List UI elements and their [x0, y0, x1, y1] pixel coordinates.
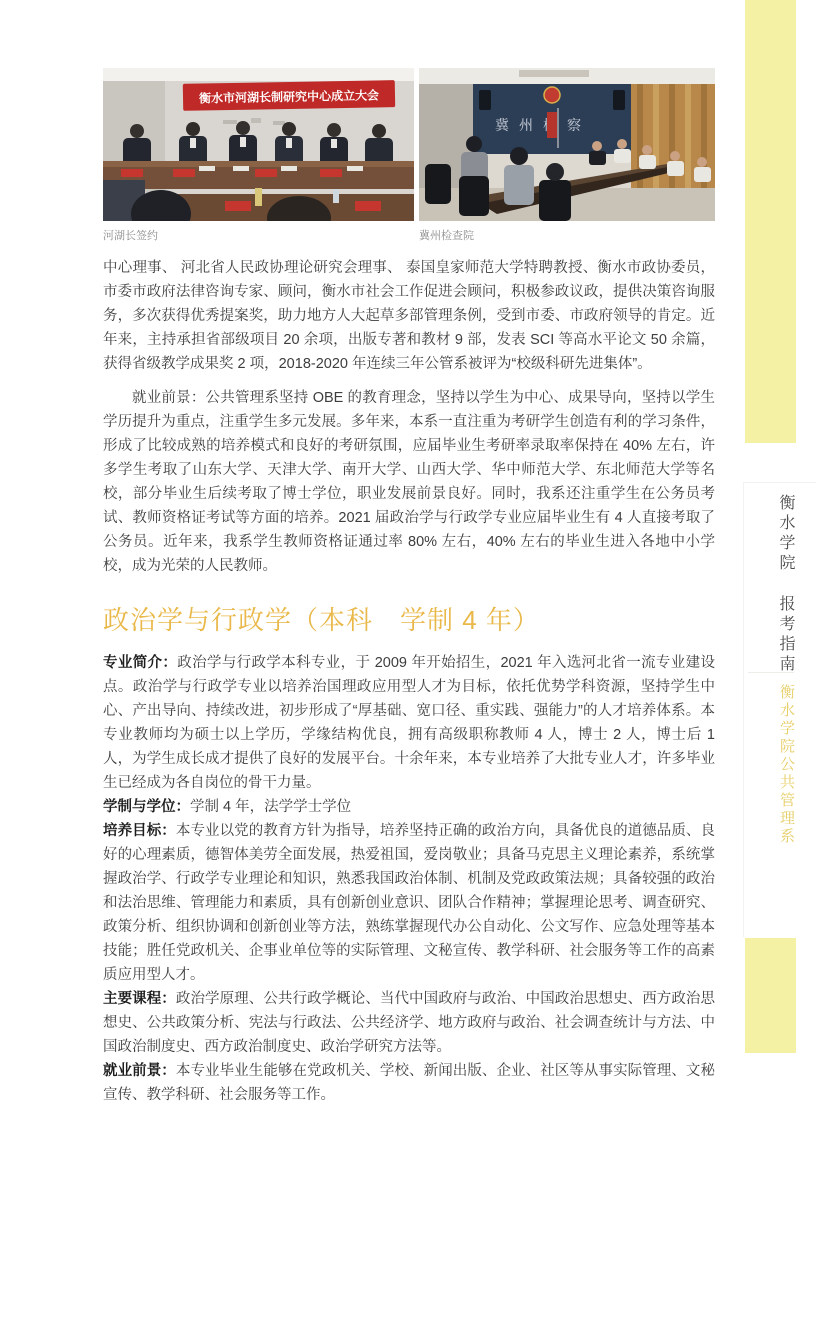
section-intro-label: 专业简介： — [103, 655, 177, 671]
wall-calligraphy-text: 冀州检察 — [495, 117, 591, 133]
banner-text: 衡水市河湖长制研究中心成立大会 — [199, 87, 379, 105]
section-duration-label: 学制与学位： — [103, 799, 190, 815]
section-objectives: 培养目标：本专业以党的教育方针为指导，培养坚持正确的政治方向，具备优良的道德品质… — [103, 819, 715, 987]
photo-river-chief-signing: 衡水市河湖长制研究中心成立大会 — [103, 68, 414, 221]
back-wall: 冀州检察 — [473, 84, 631, 154]
photo-left-caption: 河湖长签约 — [103, 227, 414, 243]
photo-jizhou-procuratorate: 冀州检察 — [419, 68, 715, 221]
caption-row: 河湖长签约 冀州检查院 — [103, 227, 715, 243]
section-courses-label: 主要课程： — [103, 991, 176, 1007]
major-detail-sections: 专业简介：政治学与行政学本科专业，于 2009 年开始招生，2021 年入选河北… — [103, 651, 715, 1107]
sidebar-top-yellow-bar — [745, 0, 796, 443]
sidebar-department-title: 衡水学院公共管理系 — [745, 684, 797, 846]
section-duration-text: 学制 4 年，法学学士学位 — [190, 799, 351, 815]
section-intro-text: 政治学与行政学本科专业，于 2009 年开始招生，2021 年入选河北省一流专业… — [103, 655, 715, 791]
document-page: 衡水市河湖长制研究中心成立大会 — [0, 0, 816, 1344]
section-duration-degree: 学制与学位：学制 4 年，法学学士学位 — [103, 795, 715, 819]
section-employment: 就业前景：本专业毕业生能够在党政机关、学校、新闻出版、企业、社区等从事实际管理、… — [103, 1059, 715, 1107]
meeting-banner: 衡水市河湖长制研究中心成立大会 — [183, 80, 395, 111]
head-table — [103, 161, 414, 189]
sidebar-bottom-yellow-bar — [745, 938, 796, 1053]
main-content: 衡水市河湖长制研究中心成立大会 — [103, 68, 715, 1107]
section-courses-text: 政治学原理、公共行政学概论、当代中国政府与政治、中国政治思想史、西方政治思想史、… — [103, 991, 715, 1055]
photo-left-illustration: 衡水市河湖长制研究中心成立大会 — [103, 68, 414, 221]
section-objectives-label: 培养目标： — [103, 823, 176, 839]
section-courses: 主要课程：政治学原理、公共行政学概论、当代中国政府与政治、中国政治思想史、西方政… — [103, 987, 715, 1059]
photo-right-illustration: 冀州检察 — [419, 68, 715, 221]
section-objectives-text: 本专业以党的教育方针为指导，培养坚持正确的政治方向，具备优良的道德品质、良好的心… — [103, 823, 715, 983]
section-employment-text: 本专业毕业生能够在党政机关、学校、新闻出版、企业、社区等从事实际管理、文秘宣传、… — [103, 1063, 715, 1103]
section-employment-label: 就业前景： — [103, 1063, 176, 1079]
paragraph-faculty-achievements: 中心理事、 河北省人民政协理论研究会理事、 泰国皇家师范大学特聘教授、衡水市政协… — [103, 256, 715, 376]
section-intro: 专业简介：政治学与行政学本科专业，于 2009 年开始招生，2021 年入选河北… — [103, 651, 715, 795]
photo-row: 衡水市河湖长制研究中心成立大会 — [103, 68, 715, 221]
major-heading: 政治学与行政学（本科 学制 4 年） — [103, 600, 715, 637]
sidebar-guide-title: 衡水学院 报考指南 — [745, 494, 797, 675]
paragraph-employment-prospects: 就业前景：公共管理系坚持 OBE 的教育理念，坚持以学生为中心、成果导向，坚持以… — [103, 386, 715, 578]
photo-right-caption: 冀州检查院 — [419, 227, 715, 243]
sidebar-divider — [748, 672, 794, 673]
